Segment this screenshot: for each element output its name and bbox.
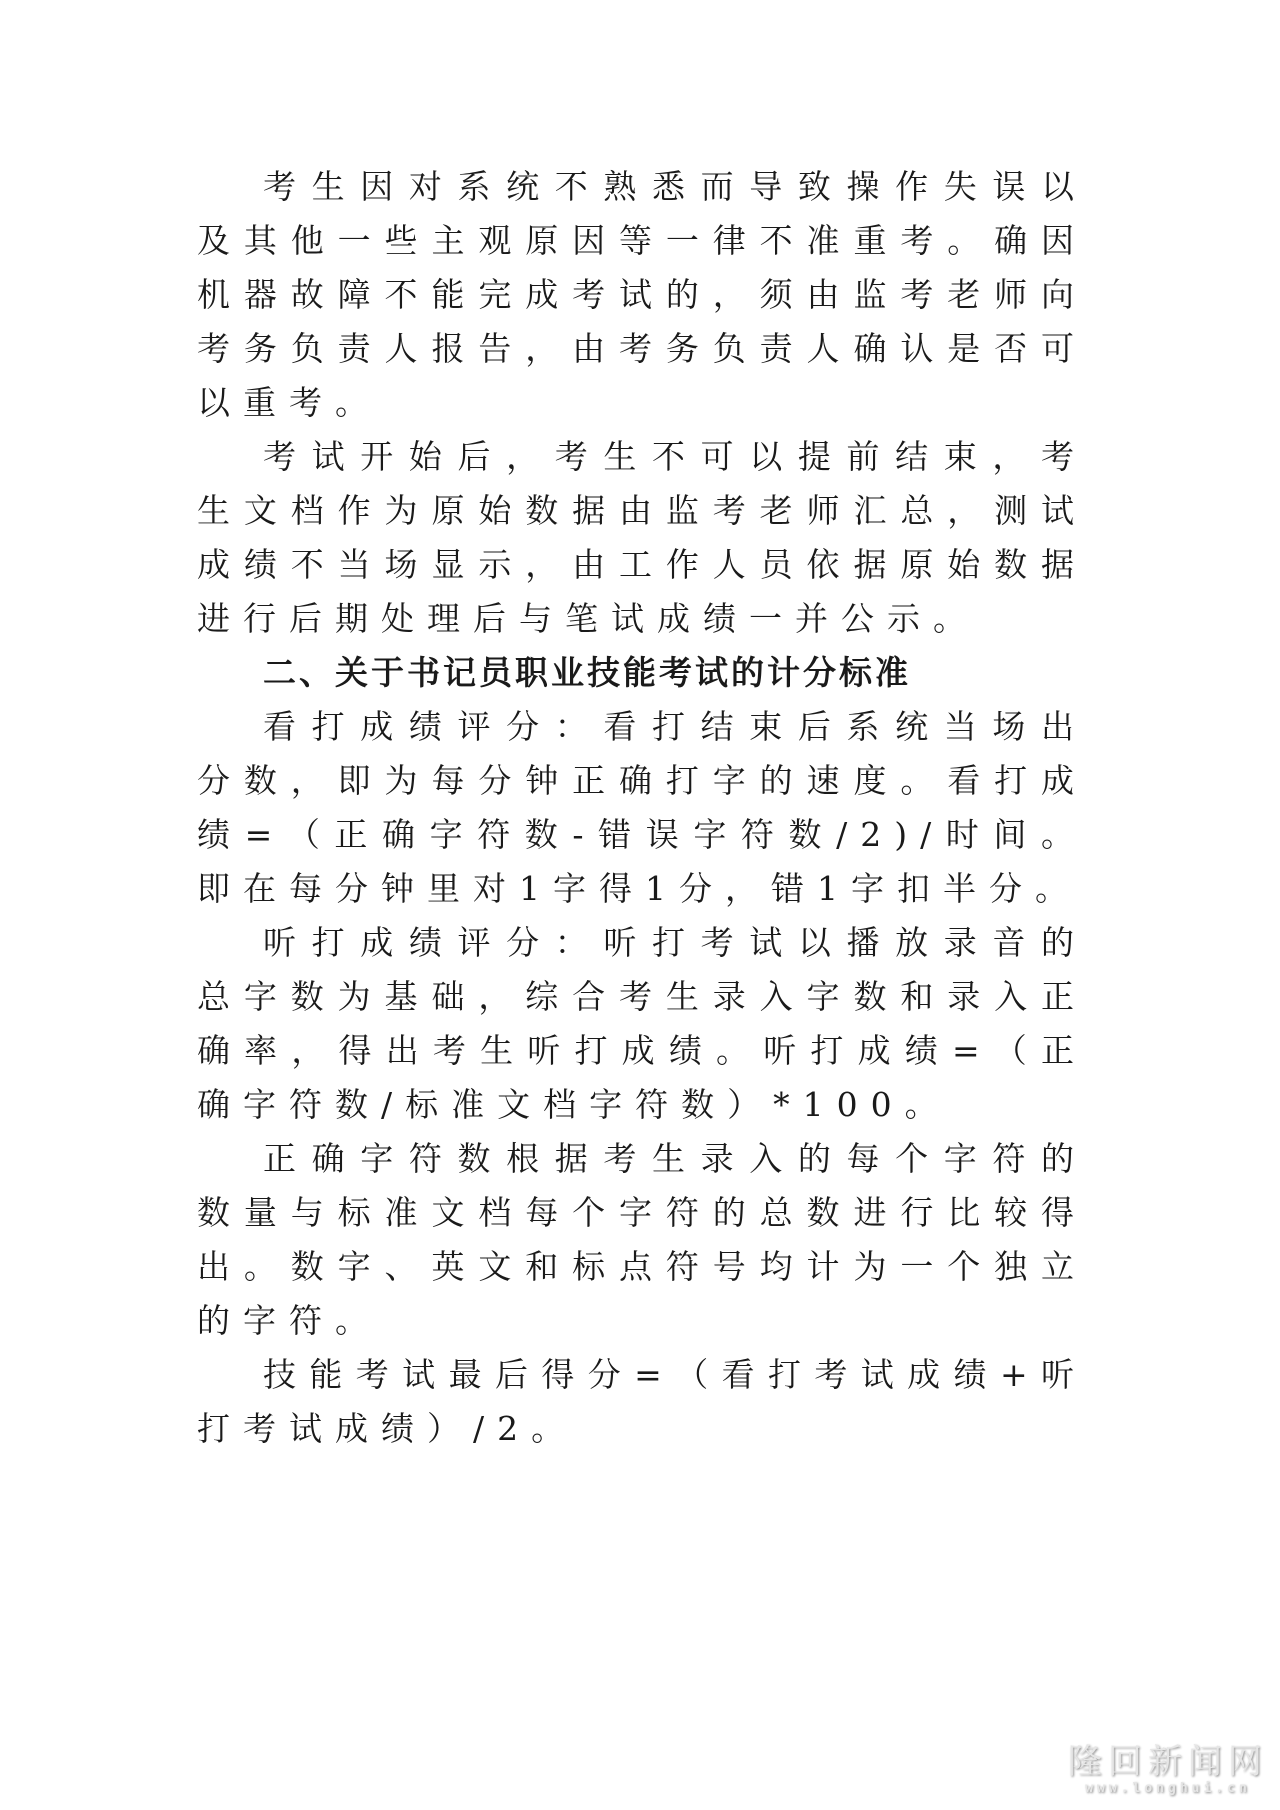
watermark-title: 隆回新闻网 <box>1068 1743 1268 1781</box>
paragraph-exam-submission: 考试开始后，考生不可以提前结束，考生文档作为原始数据由监考老师汇总，测试成绩不当… <box>197 430 1087 646</box>
site-watermark: 隆回新闻网 www.longhui.cn <box>1068 1743 1268 1796</box>
paragraph-dictation-score: 听打成绩评分：听打考试以播放录音的总字数为基础，综合考生录入字数和录入正确率，得… <box>197 916 1087 1132</box>
section-heading-scoring: 二、关于书记员职业技能考试的计分标准 <box>197 646 1087 700</box>
paragraph-correct-chars: 正确字符数根据考生录入的每个字符的数量与标准文档每个字符的总数进行比较得出。数字… <box>197 1132 1087 1348</box>
paragraph-visual-typing-score: 看打成绩评分：看打结束后系统当场出分数，即为每分钟正确打字的速度。看打成绩=（正… <box>197 700 1087 916</box>
watermark-url: www.longhui.cn <box>1068 1781 1268 1796</box>
paragraph-retake-policy: 考生因对系统不熟悉而导致操作失误以及其他一些主观原因等一律不准重考。确因机器故障… <box>197 160 1087 430</box>
paragraph-final-score: 技能考试最后得分=（看打考试成绩+听打考试成绩）/2。 <box>197 1348 1087 1456</box>
document-page: 考生因对系统不熟悉而导致操作失误以及其他一些主观原因等一律不准重考。确因机器故障… <box>197 160 1087 1456</box>
